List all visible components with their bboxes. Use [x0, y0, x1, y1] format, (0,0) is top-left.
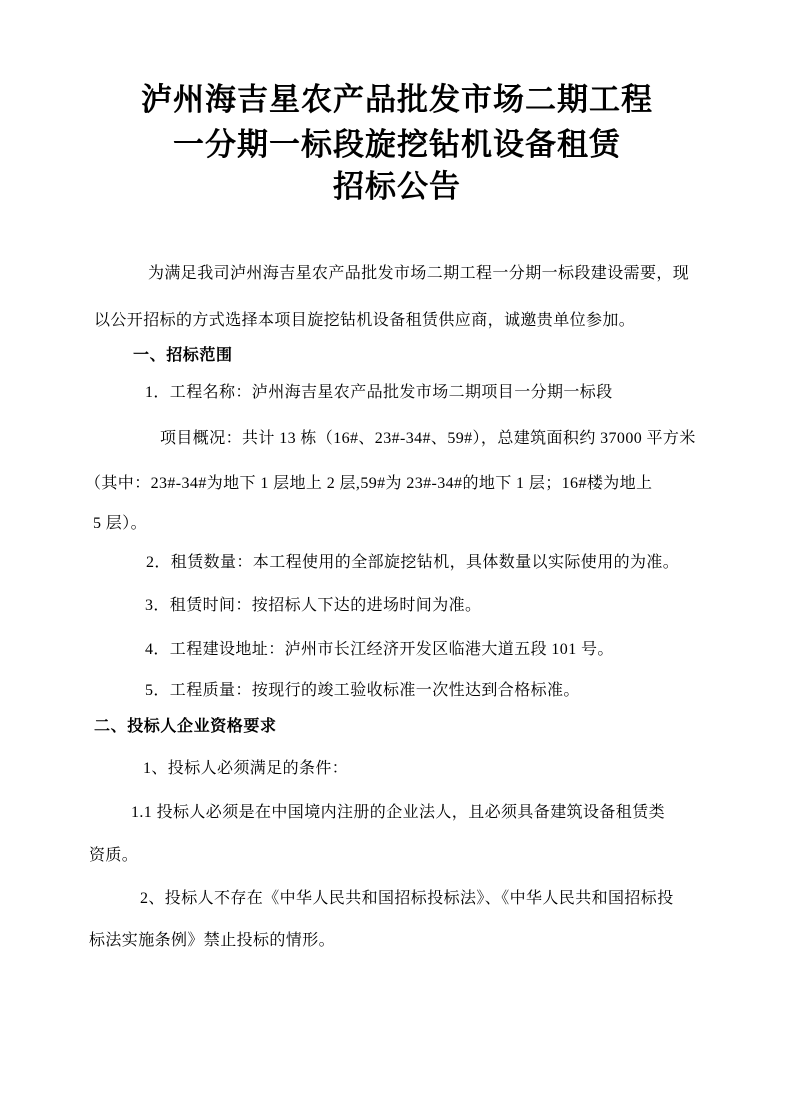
intro-paragraph-line: 为满足我司泸州海吉星农产品批发市场二期工程一分期一标段建设需要，现	[148, 264, 689, 283]
item-bidder-conditions: 1、投标人必须满足的条件：	[143, 759, 348, 778]
doc-title-line-3: 招标公告	[0, 170, 794, 204]
item-lease-quantity: 2．租赁数量：本工程使用的全部旋挖钻机，具体数量以实际使用的为准。	[146, 553, 679, 572]
item-project-name: 1．工程名称：泸州海吉星农产品批发市场二期项目一分期一标段	[145, 383, 613, 402]
item-project-overview: 项目概况：共计 13 栋（16#、23#-34#、59#），总建筑面积约 370…	[160, 429, 696, 448]
item-bidder-requirement: 1.1 投标人必须是在中国境内注册的企业法人，且必须具备建筑设备租赁类	[131, 803, 665, 822]
item-project-address: 4．工程建设地址：泸州市长江经济开发区临港大道五段 101 号。	[145, 640, 614, 659]
item-project-quality: 5．工程质量：按现行的竣工验收标准一次性达到合格标准。	[145, 681, 580, 700]
doc-title-line-1: 泸州海吉星农产品批发市场二期工程	[0, 83, 794, 117]
section-heading-2: 二、投标人企业资格要求	[94, 717, 277, 736]
document-page: 泸州海吉星农产品批发市场二期工程 一分期一标段旋挖钻机设备租赁 招标公告 为满足…	[0, 0, 794, 1108]
doc-title-line-2: 一分期一标段旋挖钻机设备租赁	[0, 128, 794, 162]
item-bidder-prohibition: 2、投标人不存在《中华人民共和国招标投标法》、《中华人民共和国招标投	[140, 889, 674, 908]
item-bidder-requirement: 资质。	[89, 846, 138, 865]
item-bidder-prohibition: 标法实施条例》禁止投标的情形。	[89, 931, 335, 950]
section-heading-1: 一、招标范围	[133, 346, 233, 365]
item-project-overview: （其中：23#-34#为地下 1 层地上 2 层,59#为 23#-34#的地下…	[85, 474, 652, 493]
item-lease-time: 3．租赁时间：按招标人下达的进场时间为准。	[145, 596, 481, 615]
item-project-overview: 5 层）。	[93, 514, 147, 533]
intro-paragraph-line: 以公开招标的方式选择本项目旋挖钻机设备租赁供应商，诚邀贵单位参加。	[94, 311, 635, 330]
